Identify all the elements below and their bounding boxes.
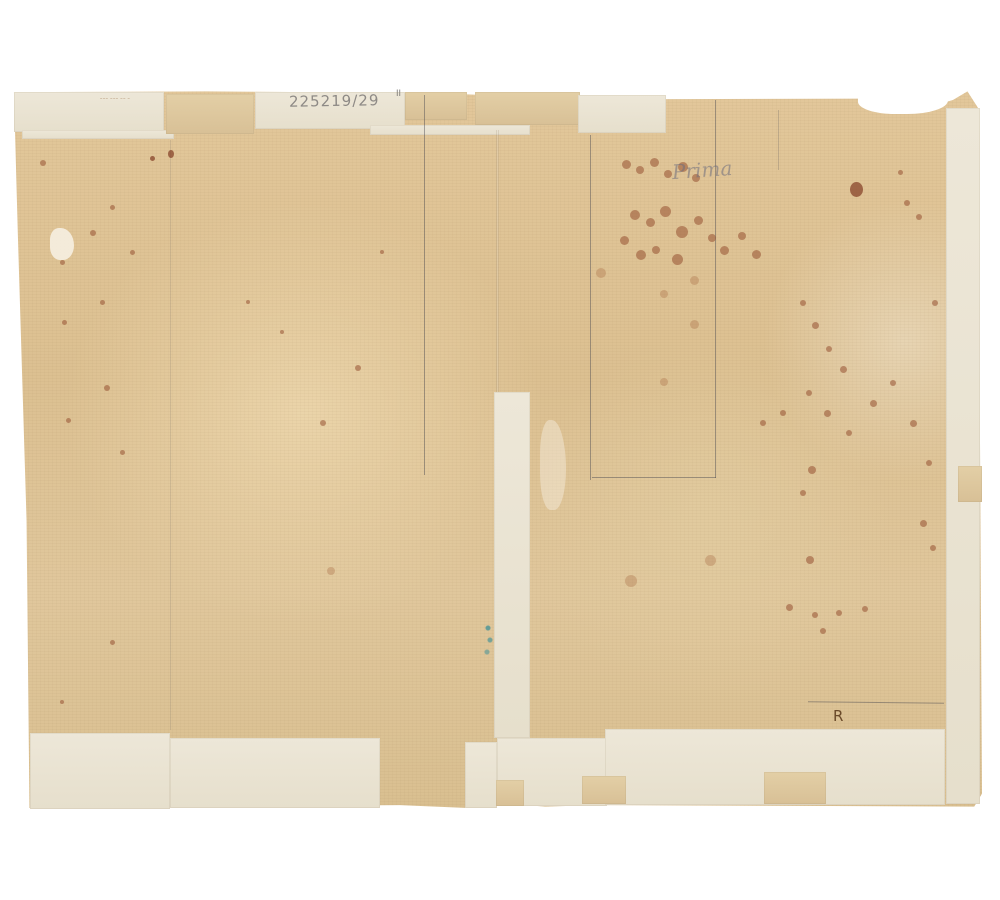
inventory-number: 225219/29: [289, 91, 380, 111]
inventory-mark: II: [396, 88, 401, 98]
top-repair-patch: [166, 94, 254, 134]
center-vertical-strip: [494, 392, 530, 738]
top-repair-strip-left-lower: [22, 130, 174, 139]
top-repair-strip-fold: [370, 125, 530, 135]
blue-ink-residue: [484, 620, 494, 660]
top-repair-patch-right: [475, 92, 580, 125]
pencil-line-rect-bottom: [592, 477, 716, 478]
paper-loss-top-left: [50, 228, 74, 260]
handwritten-script-word: Prima: [671, 156, 733, 184]
right-edge-strip: [946, 108, 980, 804]
tiny-handwritten-note: ~~~ ~~~ ~~ ~: [100, 96, 130, 101]
center-fold: [496, 130, 499, 392]
paper-loss-top-right-corner: [858, 84, 948, 114]
bottom-repair-strip-left2: [170, 738, 380, 808]
pencil-line-left-faint: [170, 140, 171, 730]
top-repair-strip-right: [578, 95, 666, 133]
pencil-line-rect-left: [590, 135, 591, 480]
bottom-repair-patch-b: [582, 776, 626, 804]
right-edge-patch: [958, 466, 982, 502]
photo-stage: ~~~ ~~~ ~~ ~ 225219/29 II Prima R: [0, 0, 1000, 900]
pencil-line-right-faint: [778, 110, 779, 170]
corner-letter-mark: R: [833, 707, 843, 725]
bottom-repair-patch-a: [496, 780, 524, 806]
bottom-repair-strip-left: [30, 733, 170, 809]
bottom-repair-strip-center: [465, 742, 497, 808]
bottom-repair-patch-c: [764, 772, 826, 804]
pencil-line-left-vertical: [424, 95, 425, 475]
top-repair-patch-center: [405, 92, 467, 120]
top-repair-strip-left: [14, 92, 164, 132]
